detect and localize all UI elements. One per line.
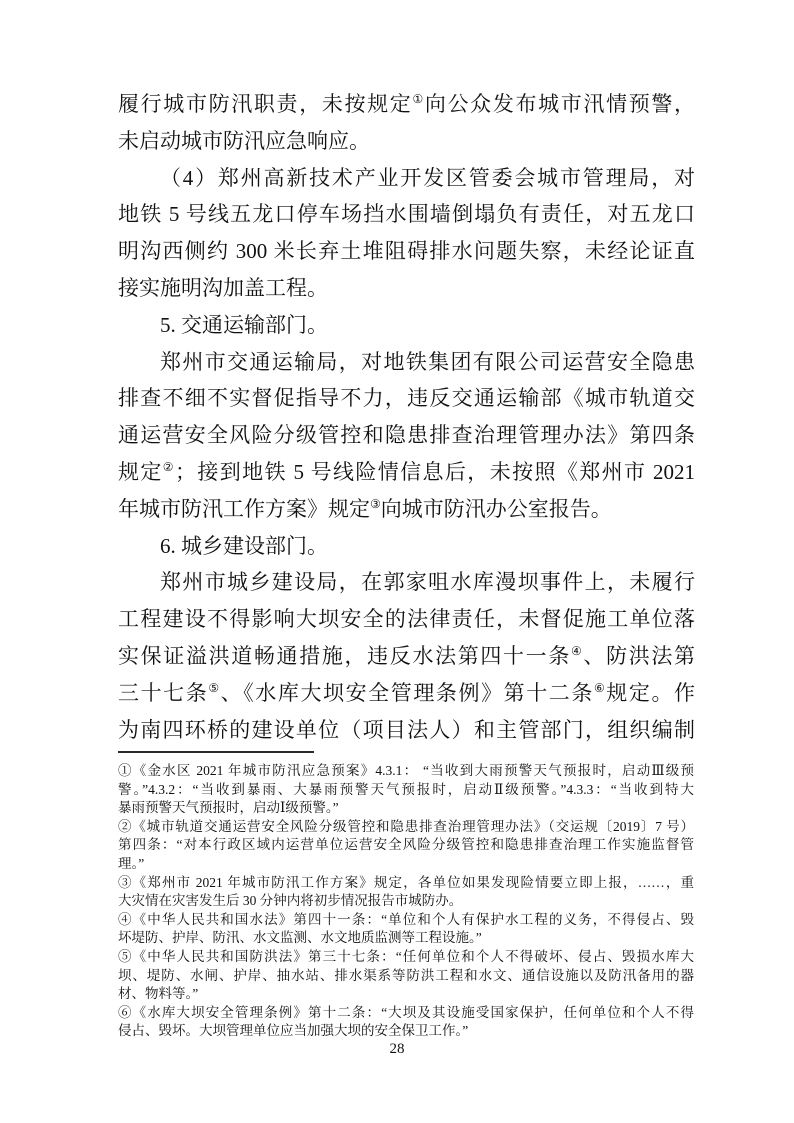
text-segment: 通运营安全风险分级管控和隐患排查治理管理办法》第四条 [118,423,695,447]
body-text: 履行城市防汛职责，未按规定①向公众发布城市汛情预警，未启动城市防汛应急响应。（4… [118,86,695,748]
text-segment: 坏堤防、护岸、防汛、水文监测、水文地质监测等工程设施。” [118,930,482,945]
footnote-line: 第四条：“对本行政区域内运营单位运营安全风险分级管控和隐患排查治理工作实施监督管 [118,836,694,855]
text-segment: ②《城市轨道交通运营安全风险分级管控和隐患排查治理管理办法》（交运规〔2019〕… [118,819,694,834]
text-segment: ①《金水区 2021 年城市防汛应急预案》4.3.1： “当收到大雨预警天气预报… [118,763,694,778]
text-segment: 坝、堤防、水闸、护岸、抽水站、排水渠系等防洪工程和水文、通信设施以及防汛备用的器 [118,968,694,983]
body-line: 地铁 5 号线五龙口停车场挡水围墙倒塌负有责任，对五龙口 [118,196,695,233]
text-segment: 侵占、毁坏。大坝管理单位应当加强大坝的安全保卫工作。” [118,1023,468,1038]
text-segment: 第四条：“对本行政区域内运营单位运营安全风险分级管控和隐患排查治理工作实施监督管 [118,837,694,852]
body-line: 郑州市城乡建设局，在郭家咀水库漫坝事件上，未履行 [118,564,695,601]
text-segment: 5. 交通运输部门。 [160,313,328,337]
text-segment: 履行城市防汛职责，未按规定 [118,92,412,116]
text-segment: 明沟西侧约 300 米长弃土堆阻碍排水问题失察，未经论证直 [118,239,695,263]
body-line: 规定②；接到地铁 5 号线险情信息后，未按照《郑州市 2021 [118,454,695,491]
text-segment: ③《郑州市 2021 年城市防汛工作方案》规定，各单位如果发现险情要立即上报，…… [118,875,694,890]
text-segment: 规定 [118,460,163,484]
footnote-line: ③《郑州市 2021 年城市防汛工作方案》规定，各单位如果发现险情要立即上报，…… [118,874,694,893]
text-segment: 为南四环桥的建设单位（项目法人）和主管部门，组织编制 [118,718,695,742]
text-segment: 警。”4.3.2：“当收到暴雨、大暴雨预警天气预报时，启动Ⅱ级预警。”4.3.3… [118,782,694,797]
document-page: 履行城市防汛职责，未按规定①向公众发布城市汛情预警，未启动城市防汛应急响应。（4… [0,0,794,1123]
text-segment: 接实施明沟加盖工程。 [118,276,328,300]
text-segment: 材、物料等。” [118,986,198,1001]
footnote-line: 理。” [118,855,694,874]
body-line: 5. 交通运输部门。 [118,307,695,344]
footnote-line: ①《金水区 2021 年城市防汛应急预案》4.3.1： “当收到大雨预警天气预报… [118,762,694,781]
body-line: 履行城市防汛职责，未按规定①向公众发布城市汛情预警， [118,86,695,123]
footnote-line: 材、物料等。” [118,985,694,1004]
footnote-line: 坏堤防、护岸、防汛、水文监测、水文地质监测等工程设施。” [118,929,694,948]
body-line: （4）郑州高新技术产业开发区管委会城市管理局，对 [118,160,695,197]
body-line: 实保证溢洪道畅通措施，违反水法第四十一条④、防洪法第 [118,638,695,675]
text-segment: （4）郑州高新技术产业开发区管委会城市管理局，对 [160,166,695,190]
text-segment: 地铁 5 号线五龙口停车场挡水围墙倒塌负有责任，对五龙口 [118,202,695,226]
text-segment: 、防洪法第 [583,644,695,668]
text-segment: 未启动城市防汛应急响应。 [118,129,370,153]
text-segment: 工程建设不得影响大坝安全的法律责任，未督促施工单位落 [118,607,695,631]
footnote-ref: ⑥ [594,681,606,695]
body-line: 排查不细不实督促指导不力，违反交通运输部《城市轨道交 [118,380,695,417]
text-segment: 6. 城乡建设部门。 [160,534,328,558]
footnote-line: 大灾情在灾害发生后 30 分钟内将初步情况报告市城防办。 [118,892,694,911]
text-segment: 、《水库大坝安全管理条例》第十二条 [221,681,594,705]
text-segment: 向城市防汛办公室报告。 [381,497,612,521]
footnote-line: ④《中华人民共和国水法》第四十一条：“单位和个人有保护水工程的义务，不得侵占、毁 [118,911,694,930]
text-segment: ；接到地铁 5 号线险情信息后，未按照《郑州市 2021 [175,460,695,484]
text-segment: 规定。作 [606,681,695,705]
text-segment: ⑤《中华人民共和国防洪法》第三十七条：“任何单位和个人不得破坏、侵占、毁损水库大 [118,949,694,964]
body-line: 郑州市交通运输局，对地铁集团有限公司运营安全隐患 [118,344,695,381]
text-segment: 排查不细不实督促指导不力，违反交通运输部《城市轨道交 [118,386,695,410]
body-line: 明沟西侧约 300 米长弃土堆阻碍排水问题失察，未经论证直 [118,233,695,270]
text-segment: 向公众发布城市汛情预警， [425,92,695,116]
body-line: 为南四环桥的建设单位（项目法人）和主管部门，组织编制 [118,712,695,749]
text-segment: 大灾情在灾害发生后 30 分钟内将初步情况报告市城防办。 [118,893,462,908]
text-segment: 郑州市交通运输局，对地铁集团有限公司运营安全隐患 [160,350,695,374]
text-segment: 理。” [118,856,144,871]
body-line: 未启动城市防汛应急响应。 [118,123,695,160]
body-line: 通运营安全风险分级管控和隐患排查治理管理办法》第四条 [118,417,695,454]
footnote-line: ⑥《水库大坝安全管理条例》第十二条：“大坝及其设施受国家保护，任何单位和个人不得 [118,1004,694,1023]
body-line: 6. 城乡建设部门。 [118,528,695,565]
body-line: 工程建设不得影响大坝安全的法律责任，未督促施工单位落 [118,601,695,638]
text-segment: ④《中华人民共和国水法》第四十一条：“单位和个人有保护水工程的义务，不得侵占、毁 [118,912,694,927]
text-segment: 年城市防汛工作方案》规定 [118,497,370,521]
body-line: 三十七条⑤、《水库大坝安全管理条例》第十二条⑥规定。作 [118,675,695,712]
footnotes: ①《金水区 2021 年城市防汛应急预案》4.3.1： “当收到大雨预警天气预报… [118,762,694,1041]
text-segment: 三十七条 [118,681,208,705]
footnote-separator [118,751,314,753]
footnote-ref: ④ [571,644,583,658]
footnote-ref: ① [412,92,424,106]
footnote-line: 侵占、毁坏。大坝管理单位应当加强大坝的安全保卫工作。” [118,1022,694,1041]
footnote-line: 坝、堤防、水闸、护岸、抽水站、排水渠系等防洪工程和水文、通信设施以及防汛备用的器 [118,967,694,986]
body-line: 接实施明沟加盖工程。 [118,270,695,307]
page-number: 28 [0,1041,794,1058]
footnote-ref: ③ [370,497,381,511]
body-line: 年城市防汛工作方案》规定③向城市防汛办公室报告。 [118,491,695,528]
text-segment: 郑州市城乡建设局，在郭家咀水库漫坝事件上，未履行 [160,570,695,594]
footnote-line: ⑤《中华人民共和国防洪法》第三十七条：“任何单位和个人不得破坏、侵占、毁损水库大 [118,948,694,967]
text-segment: 暴雨预警天气预报时，启动Ⅰ级预警。” [118,800,339,815]
text-segment: ⑥《水库大坝安全管理条例》第十二条：“大坝及其设施受国家保护，任何单位和个人不得 [118,1005,694,1020]
footnote-ref: ⑤ [208,681,220,695]
footnote-ref: ② [163,460,175,474]
footnote-line: ②《城市轨道交通运营安全风险分级管控和隐患排查治理管理办法》（交运规〔2019〕… [118,818,694,837]
text-segment: 实保证溢洪道畅通措施，违反水法第四十一条 [118,644,571,668]
footnote-line: 暴雨预警天气预报时，启动Ⅰ级预警。” [118,799,694,818]
footnote-line: 警。”4.3.2：“当收到暴雨、大暴雨预警天气预报时，启动Ⅱ级预警。”4.3.3… [118,781,694,800]
